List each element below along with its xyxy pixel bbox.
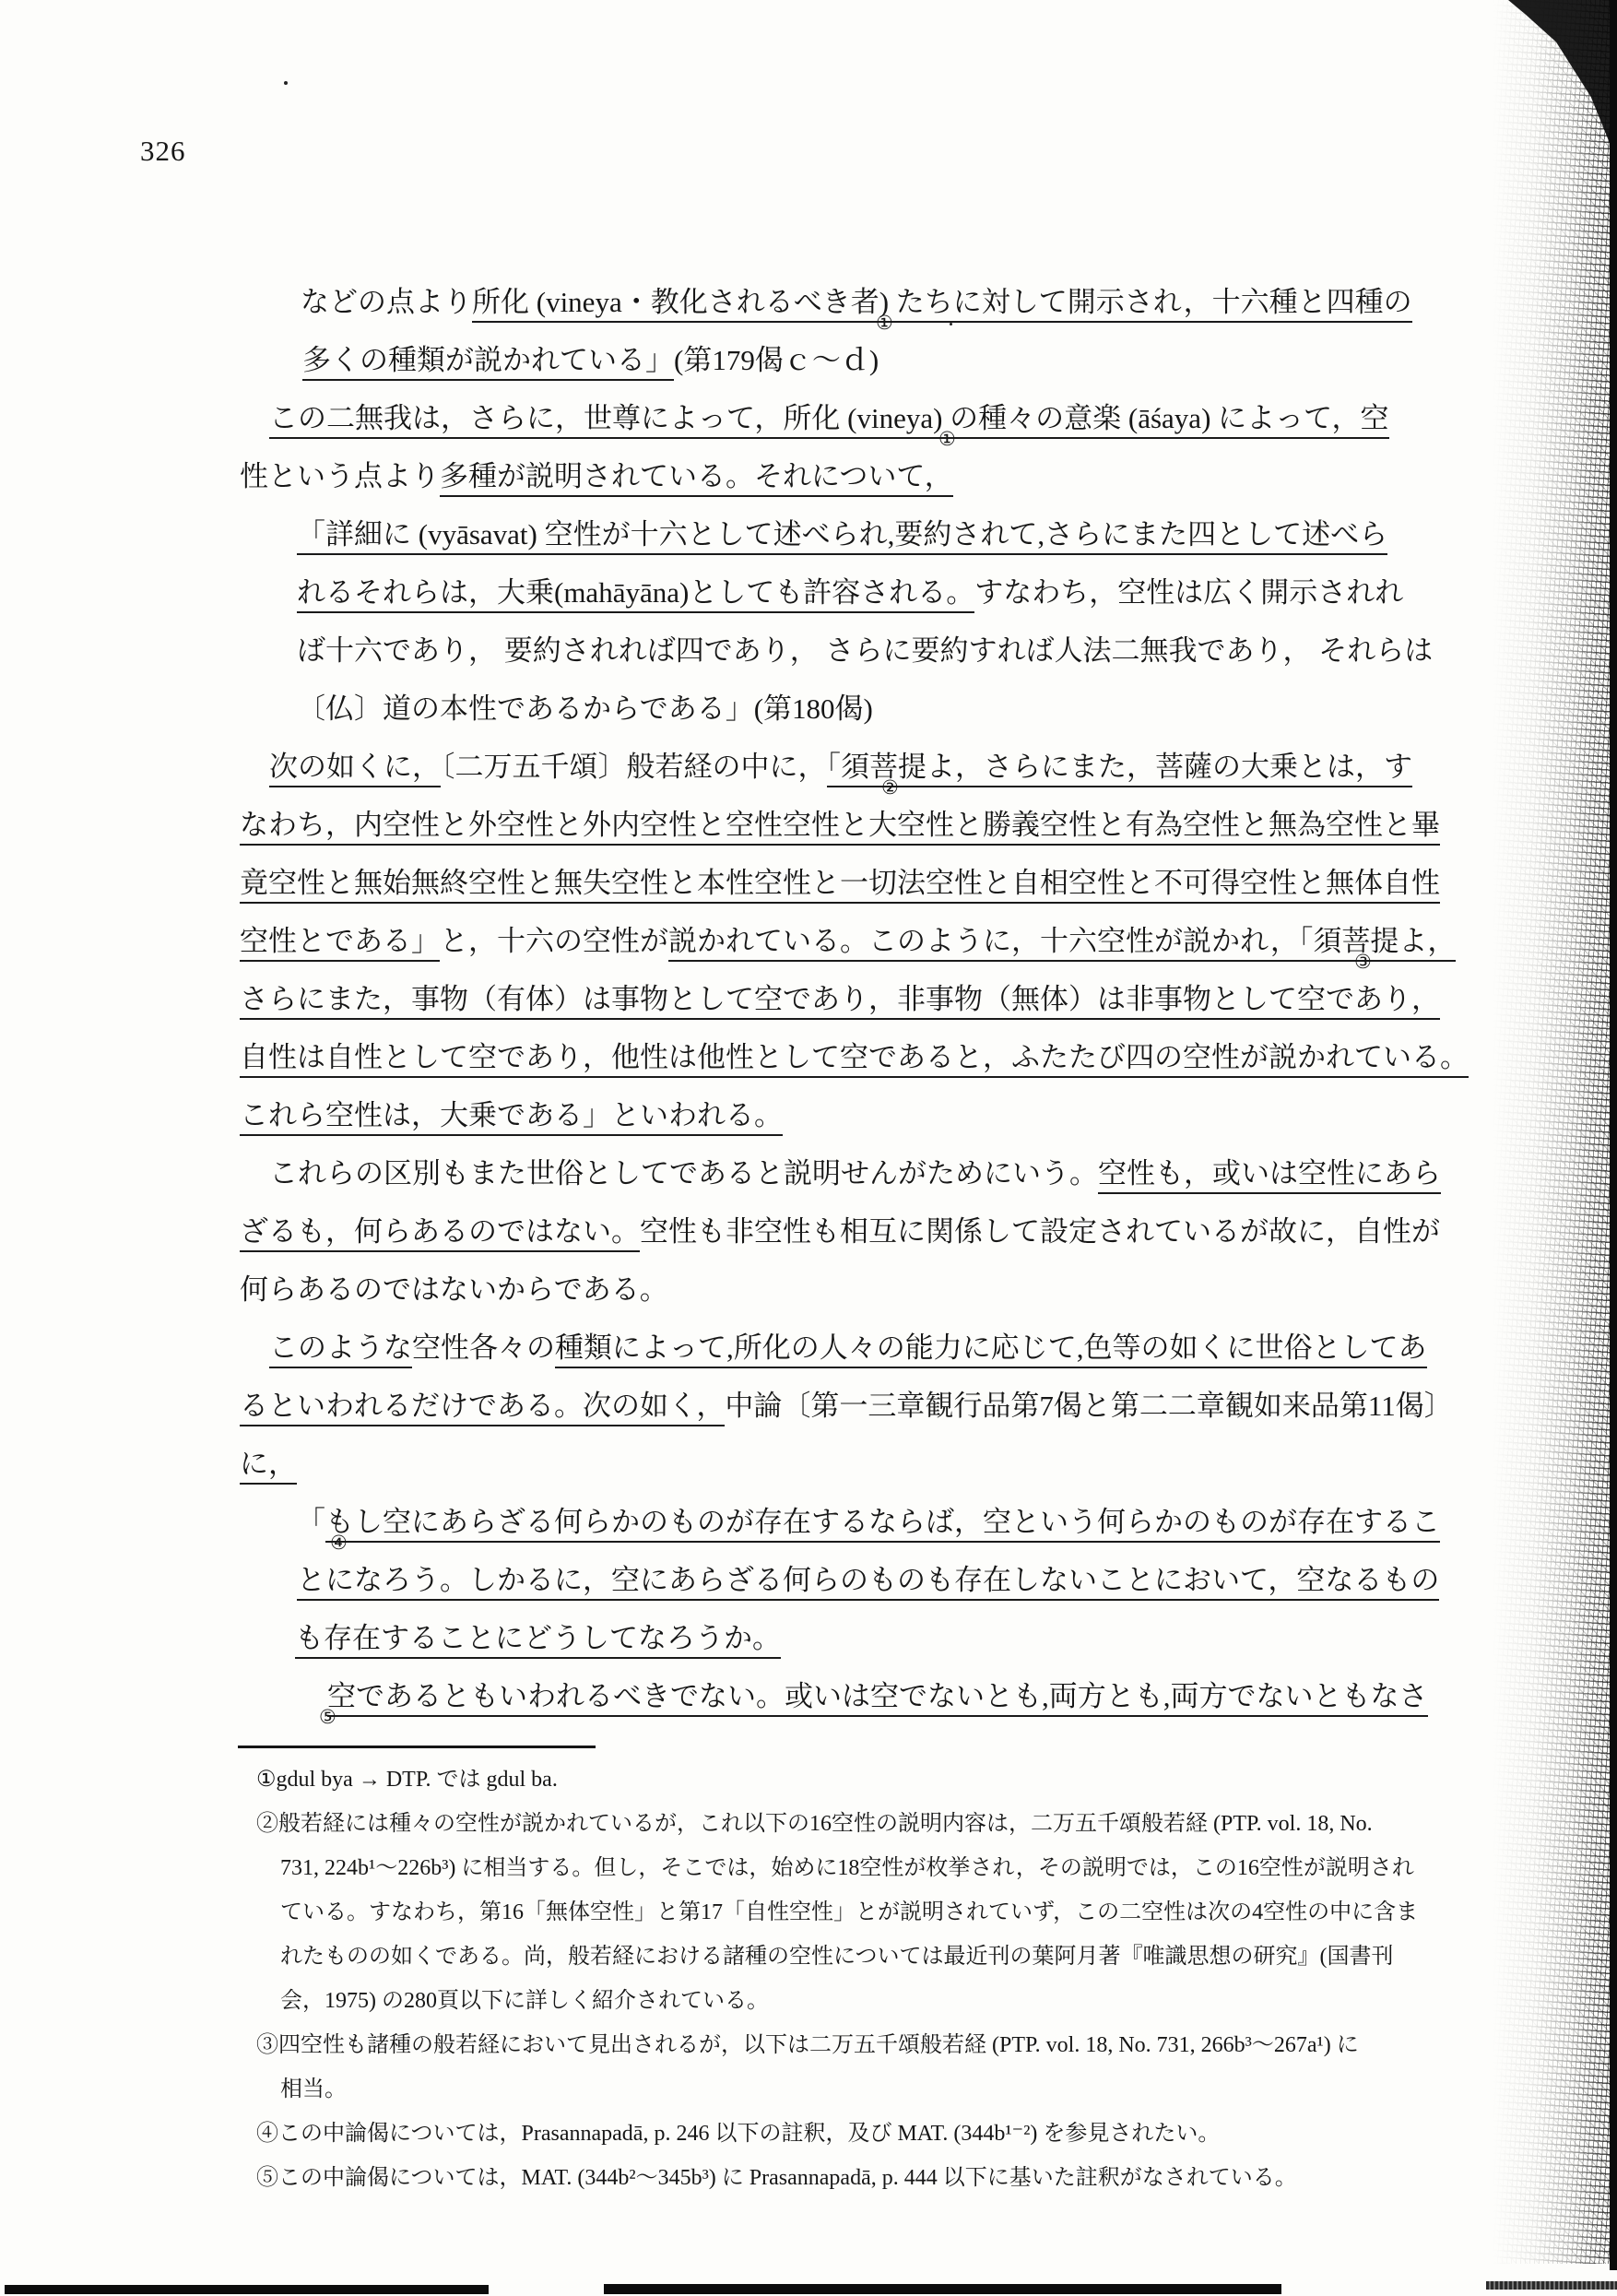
underlined-text: とになろう。しかるに，空にあらざる何らのものも存在しないことにおいて，空なるもの [297, 1564, 1439, 1601]
scan-shadow-bottom-center [604, 2284, 1281, 2294]
plain-text: 性という点より [240, 460, 440, 492]
underlined-text: 空性も，或いは空性にあら [1098, 1157, 1441, 1194]
footnotes-block: ①gdul bya → DTP. では gdul ba.②般若経には種々の空性が… [256, 1758, 1455, 2200]
plain-text: ②般若経には種々の空性が説かれているが，これ以下の16空性の説明内容は，二万五千… [256, 1812, 1373, 1836]
text-line: 竟空性と無始無終空性と無失空性と本性空性と一切法空性と自相空性と不可得空性と無体… [240, 854, 1447, 912]
text-line: 空であるともいわれるべきでない。或いは空でないとも,両方とも,両方でないともなさ… [240, 1667, 1447, 1725]
underlined-text: 所化 (vineya・教化されるべき者) たちに対して開示され，十六種と四種の [472, 286, 1412, 323]
text-line: 何らあるのではないからである。 [240, 1260, 1447, 1319]
scan-noise-right-edge [1493, 0, 1611, 2264]
text-line: に， [240, 1435, 1447, 1493]
footnote-marker: ① [938, 430, 956, 449]
plain-text: 731, 224b¹～226b³) に相当する。但し，そこでは，始めに18空性が… [280, 1856, 1414, 1880]
plain-text: 空性各々の [412, 1331, 555, 1364]
scan-edge-strip-right [1610, 0, 1617, 2270]
text-line: このような空性各々の種類によって,所化の人々の能力に応じて,色等の如くに世俗とし… [240, 1319, 1447, 1377]
plain-text: ③四空性も諸種の般若経において見出されるが，以下は二万五千頌般若経 (PTP. … [256, 2033, 1359, 2057]
plain-text: れたものの如くである。尚，般若経における諸種の空性については最近刊の葉阿月著『唯… [280, 1945, 1394, 1969]
plain-text: 相当。 [280, 2077, 347, 2101]
text-line: れたものの如くである。尚，般若経における諸種の空性については最近刊の葉阿月著『唯… [256, 1935, 1455, 1979]
underlined-text: 「須菩提よ，さらにまた，菩薩の大乗とは，す [827, 751, 1413, 787]
underlined-text: これら空性は，大乗である」といわれる。 [240, 1099, 783, 1136]
text-line: なわち，内空性と外空性と外内空性と空性空性と大空性と勝義空性と有為空性と無為空性… [240, 796, 1447, 854]
plain-text: などの点より [301, 286, 472, 318]
underlined-text: ざるも，何らあるのではない。 [240, 1215, 640, 1252]
plain-text: ている。すなわち，第16「無体空性」と第17「自性空性」とが説明されていず，この… [280, 1900, 1418, 1924]
plain-text: 中論〔第一三章観行品第7偈と第二二章観如来品第11偈〕 [725, 1390, 1452, 1422]
text-line: これら空性は，大乗である」といわれる。 [240, 1086, 1447, 1144]
text-line: ②般若経には種々の空性が説かれているが，これ以下の16空性の説明内容は，二万五千… [256, 1802, 1455, 1846]
underlined-text: この二無我は，さらに，世尊によって，所化 (vineya) の種々の意楽 (āś… [269, 402, 1389, 439]
text-line: 自性は自性として空であり，他性は他性として空であると，ふたたび四の空性が説かれて… [240, 1028, 1447, 1086]
plain-text: 〔二万五千頌〕般若経の中に， [441, 751, 827, 783]
underlined-text: れるそれらは，大乗(mahāyāna)としても許容される。 [297, 576, 974, 613]
text-line: 次の如くに，〔二万五千頌〕般若経の中に，「須菩提よ，さらにまた，菩薩の大乗とは，… [240, 738, 1447, 796]
text-line: ③四空性も諸種の般若経において見出されるが，以下は二万五千頌般若経 (PTP. … [256, 2023, 1455, 2067]
text-line: 〔仏〕道の本性であるからである」(第180偈) [240, 680, 1447, 738]
text-line: 多くの種類が説かれている」(第179偈ｃ～ｄ) [240, 331, 1447, 389]
footnote-marker: ① [876, 314, 893, 333]
underlined-text: もし空にあらざる何らかのものが存在するならば，空という何らかのものが存在するこ [325, 1506, 1440, 1543]
underlined-text: 「詳細に (vyāsavat) 空性が十六として述べられ,要約されて,さらにまた… [297, 518, 1387, 555]
underlined-text: 空であるともいわれるべきでない。或いは空でないとも,両方とも,両方でないともなさ [327, 1680, 1428, 1717]
footnote-marker: ④ [330, 1533, 348, 1553]
scan-shadow-bottom-left [5, 2285, 489, 2294]
underlined-text: 説かれている。このように，十六空性が説かれ，「須菩提よ， [668, 925, 1456, 962]
plain-text: 「 [297, 1506, 325, 1538]
text-line: れるそれらは，大乗(mahāyāna)としても許容される。すなわち，空性は広く開… [240, 563, 1447, 621]
text-line: 会，1975) の280頁以下に詳しく紹介されている。 [256, 1979, 1455, 2023]
text-line: とになろう。しかるに，空にあらざる何らのものも存在しないことにおいて，空なるもの [240, 1551, 1447, 1609]
underlined-text: 多くの種類が説かれている」 [302, 344, 674, 381]
plain-text: 空性も非空性も相互に関係して設定されているが故に，自性が [640, 1215, 1440, 1248]
underlined-text: 自性は自性として空であり，他性は他性として空であると，ふたたび四の空性が説かれて… [240, 1041, 1469, 1078]
text-line: ⑤この中論偈については，MAT. (344b²～345b³) に Prasann… [256, 2156, 1455, 2200]
underlined-text: も存在することにどうしてなろうか。 [295, 1622, 781, 1659]
text-line: 「もし空にあらざる何らかのものが存在するならば，空という何らかのものが存在するこ… [240, 1493, 1447, 1551]
footnote-marker: ⑤ [319, 1708, 336, 1727]
text-line: ば十六であり， 要約されれば四であり， さらに要約すれば人法二無我であり， それ… [240, 621, 1447, 680]
underlined-text: このような [269, 1331, 412, 1368]
text-line: ている。すなわち，第16「無体空性」と第17「自性空性」とが説明されていず，この… [256, 1890, 1455, 1935]
scan-speck [284, 81, 288, 85]
underlined-text: 空性とである」 [240, 925, 440, 962]
plain-text: 何らあるのではないからである。 [240, 1273, 668, 1306]
plain-text: 会，1975) の280頁以下に詳しく紹介されている。 [280, 1989, 769, 2013]
plain-text: ⑤この中論偈については，MAT. (344b²～345b³) に Prasann… [256, 2166, 1297, 2190]
text-line: ④この中論偈については，Prasannapadā, p. 246 以下の註釈，及… [256, 2112, 1455, 2156]
scan-shadow-bottom-right [1486, 2281, 1617, 2290]
scanned-paper-page: 326 などの点より所化 (vineya・教化されるべき者) たちに対して開示さ… [0, 0, 1617, 2296]
footnote-marker: ③ [1354, 953, 1372, 972]
underlined-text: るといわれるだけである。次の如く， [240, 1390, 725, 1426]
text-line: 「詳細に (vyāsavat) 空性が十六として述べられ,要約されて,さらにまた… [240, 505, 1447, 563]
text-line: これらの区別もまた世俗としてであると説明せんがためにいう。空性も，或いは空性にあ… [240, 1144, 1447, 1202]
underlined-text: 多種が説明されている。それについて， [440, 460, 953, 497]
plain-text: と，十六の空性が [440, 925, 668, 957]
plain-text: ば十六であり， 要約されれば四であり， さらに要約すれば人法二無我であり， それ… [297, 634, 1433, 667]
footnote-marker: ② [881, 778, 899, 798]
plain-text: すなわち，空性は広く開示されれ [974, 576, 1403, 609]
plain-text: ①gdul bya → DTP. では gdul ba. [256, 1768, 558, 1792]
underlined-text: 竟空性と無始無終空性と無失空性と本性空性と一切法空性と自相空性と不可得空性と無体… [240, 867, 1440, 904]
page-number: 326 [140, 135, 186, 168]
text-line: この二無我は，さらに，世尊によって，所化 (vineya) の種々の意楽 (āś… [240, 389, 1447, 447]
plain-text: ④この中論偈については，Prasannapadā, p. 246 以下の註釈，及… [256, 2122, 1220, 2146]
scan-speck [950, 323, 952, 325]
text-line: さらにまた，事物（有体）は事物として空であり，非事物（無体）は非事物として空であ… [240, 970, 1447, 1028]
text-line: 相当。 [256, 2067, 1455, 2112]
text-line: も存在することにどうしてなろうか。 [240, 1609, 1447, 1667]
underlined-text: さらにまた，事物（有体）は事物として空であり，非事物（無体）は非事物として空であ… [240, 983, 1440, 1020]
underlined-text: 次の如くに， [269, 751, 441, 787]
underlined-text: 種類によって,所化の人々の能力に応じて,色等の如くに世俗としてあ [555, 1331, 1427, 1368]
underlined-text: なわち，内空性と外空性と外内空性と空性空性と大空性と勝義空性と有為空性と無為空性… [240, 809, 1440, 846]
footnote-separator-rule [238, 1746, 596, 1748]
plain-text: 〔仏〕道の本性であるからである」(第180偈) [297, 692, 873, 725]
text-line: 空性とである」と，十六の空性が説かれている。このように，十六空性が説かれ，「須菩… [240, 912, 1447, 970]
text-line: るといわれるだけである。次の如く，中論〔第一三章観行品第7偈と第二二章観如来品第… [240, 1377, 1447, 1435]
scan-speck [549, 1109, 551, 1112]
main-text-block: などの点より所化 (vineya・教化されるべき者) たちに対して開示され，十六… [240, 273, 1447, 1725]
plain-text: これらの区別もまた世俗としてであると説明せんがためにいう。 [269, 1157, 1098, 1189]
underlined-text: に， [240, 1448, 297, 1485]
text-line: などの点より所化 (vineya・教化されるべき者) たちに対して開示され，十六… [240, 273, 1447, 331]
text-line: ①gdul bya → DTP. では gdul ba. [256, 1758, 1455, 1802]
text-line: 731, 224b¹～226b³) に相当する。但し，そこでは，始めに18空性が… [256, 1846, 1455, 1890]
text-line: ざるも，何らあるのではない。空性も非空性も相互に関係して設定されているが故に，自… [240, 1202, 1447, 1260]
plain-text: (第179偈ｃ～ｄ) [674, 344, 879, 376]
text-line: 性という点より多種が説明されている。それについて， [240, 447, 1447, 505]
